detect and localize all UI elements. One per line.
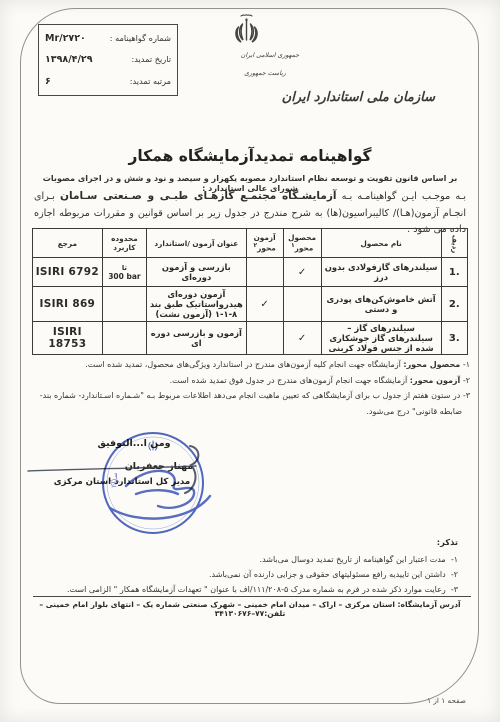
product-name-cell: سیلندرهای گاز – سیلندرهای گاز جوشکاری شد…	[321, 322, 441, 355]
reference-cell: ISIRI 18753	[33, 322, 103, 355]
footnote-number: ۲-	[463, 376, 470, 385]
col-header-product-name: نام محصول	[321, 229, 441, 258]
application-range-cell	[102, 287, 146, 322]
remark-item: ۳- رعایت موارد ذکر شده در فرم به شماره م…	[38, 582, 458, 597]
row-number-cell: 2.	[441, 287, 467, 322]
footnote-number: ۱-	[463, 360, 470, 369]
table-row: 1. سیلندرهای گازفولادی بدون درز ✓ بازرسی…	[33, 258, 468, 287]
test-axis-checkmark: ✓	[246, 287, 283, 322]
product-axis-checkmark	[283, 287, 321, 322]
header-presidency-line: ریاست جمهوری	[240, 70, 290, 77]
remark-number: ۳-	[451, 585, 458, 594]
footnote-item: ۱- محصول محور: آزمایشگاه جهت انجام کلیه …	[30, 357, 470, 373]
product-axis-checkmark: ✓	[283, 258, 321, 287]
stamp-org-text: سازمان ملی استاندارد ایران	[78, 428, 120, 485]
col-header-product-axis: محصول محور۱	[283, 229, 321, 258]
body-before: بـه موجـب ایـن گواهینامـه بـه	[337, 191, 466, 202]
col-header-row-number: ردیف	[441, 229, 467, 258]
certificate-meta-box: شماره گواهینامه : Mr/۲۷۲۰ تاریخ تمدید: ۱…	[38, 24, 178, 96]
range-value: 300 bar	[105, 272, 144, 281]
col-header-test-title: عنوان آزمون /استاندارد	[147, 229, 246, 258]
remark-number: ۱-	[451, 555, 458, 564]
range-word: تا	[105, 264, 144, 272]
footnote-term: آزمون محور:	[410, 376, 460, 385]
stamp-emblem-icon	[149, 441, 157, 450]
row-number-cell: 3.	[441, 322, 467, 355]
laboratory-name: آزمایشـگاه مجتمـع گازهـای طبـی و صـنعتی …	[60, 190, 336, 202]
footnote-item: ۲- آزمون محور: آزمایشگاه جهت انجام آزمون…	[30, 373, 470, 389]
product-name-cell: آتش خاموش‌کن‌های پودری و دستی	[321, 287, 441, 322]
product-axis-checkmark: ✓	[283, 322, 321, 355]
remark-item: ۲- داشتن این تاییدیه رافع مسئولیتهای حقو…	[38, 567, 458, 582]
col-header-reference: مرجع	[33, 229, 103, 258]
test-axis-checkmark	[246, 322, 283, 355]
renewal-rank-label: مرتبه تمدید:	[130, 76, 171, 86]
renewal-date-label: تاریخ تمدید:	[131, 54, 171, 64]
renewal-date-value: ۱۳۹۸/۴/۲۹	[45, 54, 93, 65]
row-number-label: ردیف	[450, 234, 458, 253]
remark-text: داشتن این تاییدیه رافع مسئولیتهای حقوقی …	[209, 570, 446, 579]
header-org-name: سازمان ملی استاندارد ایران	[230, 90, 435, 105]
test-title-cell: بازرسی و آزمون دوره‌ای	[147, 258, 246, 287]
renewal-rank-row: مرتبه تمدید: ۶	[45, 76, 171, 87]
certificate-number-row: شماره گواهینامه : Mr/۲۷۲۰	[45, 33, 171, 44]
stamp-office-text: اداره کل استاندارد استان مرکزی	[78, 428, 117, 488]
product-name-cell: سیلندرهای گازفولادی بدون درز	[321, 258, 441, 287]
footnote-text: آزمایشگاه جهت انجام کلیه آزمون‌های مندرج…	[85, 360, 403, 369]
certificate-document: شماره گواهینامه : Mr/۲۷۲۰ تاریخ تمدید: ۱…	[0, 0, 500, 722]
remark-number: ۲-	[451, 570, 458, 579]
footnote-text: در ستون هفتم از جدول ب برای آزمایشگاهی ک…	[40, 391, 462, 416]
svg-text:اداره کل استاندارد استان مرکزی: اداره کل استاندارد استان مرکزی	[78, 428, 117, 488]
renewal-rank-value: ۶	[45, 76, 51, 87]
remark-text: رعایت موارد ذکر شده در فرم به شماره مدرک…	[67, 585, 446, 594]
test-axis-label: آزمون محور	[254, 233, 276, 252]
application-range-cell: تا300 bar	[102, 258, 146, 287]
remark-text: مدت اعتبار این گواهینامه از تاریخ تمدید …	[260, 555, 446, 564]
reference-cell: ISIRI 869	[33, 287, 103, 322]
table-row: 2. آتش خاموش‌کن‌های پودری و دستی ✓ آزمون…	[33, 287, 468, 322]
table-footnotes: ۱- محصول محور: آزمایشگاه جهت انجام کلیه …	[30, 357, 470, 419]
test-axis-checkmark	[246, 258, 283, 287]
test-title-cell: آزمون و بازرسی دوره ای	[147, 322, 246, 355]
footer-divider	[33, 596, 471, 597]
test-title-cell: آزمون دوره‌ای هیدرواستاتیک طبق بند ۸-۱-۱…	[147, 287, 246, 322]
footnote-item: ۳- در ستون هفتم از جدول ب برای آزمایشگاه…	[30, 388, 470, 419]
col-header-application-range: محدوده کاربرد	[102, 229, 146, 258]
row-number-cell: 1.	[441, 258, 467, 287]
application-range-cell	[102, 322, 146, 355]
page-title: گواهینامه تمدیدآزمایشگاه همکار	[0, 147, 500, 165]
renewal-date-row: تاریخ تمدید: ۱۳۹۸/۴/۲۹	[45, 54, 171, 65]
table-row: 3. سیلندرهای گاز – سیلندرهای گاز جوشکاری…	[33, 322, 468, 355]
reference-cell: ISIRI 6792	[33, 258, 103, 287]
certificate-number-value: Mr/۲۷۲۰	[45, 33, 86, 44]
svg-text:سازمان ملی استاندارد ایران: سازمان ملی استاندارد ایران	[78, 428, 120, 485]
laboratory-address: آدرس آزمایشگاه: استان مرکزی – اراک – مید…	[24, 600, 476, 618]
col-header-test-axis: آزمون محور۲	[246, 229, 283, 258]
footnote-text: آزمایشگاه جهت انجام آزمون‌های مندرج در ج…	[170, 376, 410, 385]
footnote-term: محصول محور:	[403, 360, 460, 369]
scope-table: ردیف نام محصول محصول محور۱ آزمون محور۲ ع…	[32, 228, 468, 355]
header-country-line: جمهوری اسلامی ایران	[240, 52, 300, 59]
footnote-number: ۳-	[463, 391, 470, 400]
iran-allah-emblem-icon	[233, 13, 260, 53]
certificate-number-label: شماره گواهینامه :	[110, 33, 171, 43]
round-official-stamp-icon: سازمان ملی استاندارد ایران اداره کل استا…	[78, 428, 288, 546]
table-header-row: ردیف نام محصول محصول محور۱ آزمون محور۲ ع…	[33, 229, 468, 258]
remarks-list: ۱- مدت اعتبار این گواهینامه از تاریخ تمد…	[38, 552, 458, 597]
page-number: صفحه ۱ از ۱	[427, 696, 466, 705]
remark-item: ۱- مدت اعتبار این گواهینامه از تاریخ تمد…	[38, 552, 458, 567]
remarks-heading: تذکر:	[437, 537, 458, 547]
